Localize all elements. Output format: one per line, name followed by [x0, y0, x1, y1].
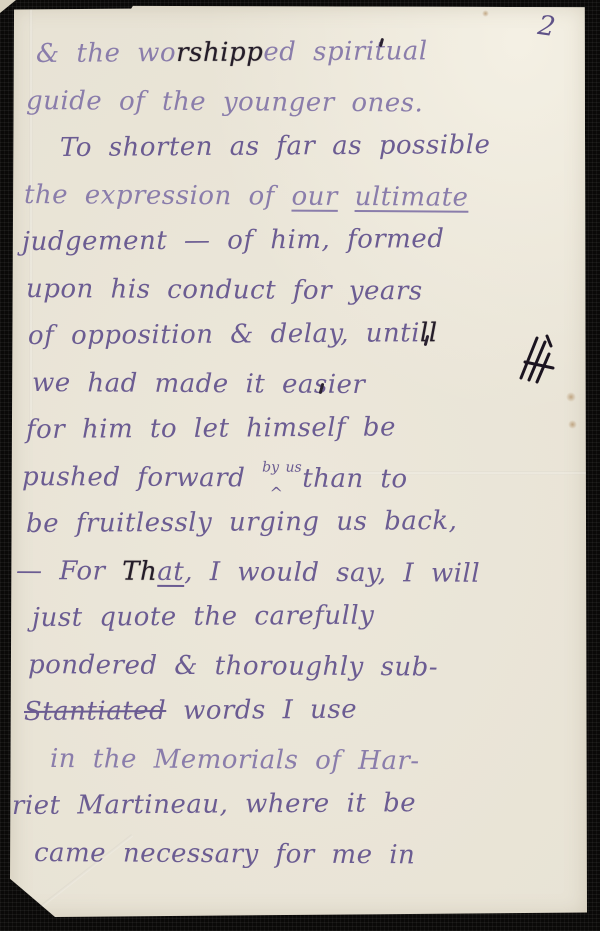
handwriting-line: just quote the carefully [32, 591, 587, 642]
handwriting-text: & the wo [36, 38, 176, 69]
foxing-spot [568, 420, 577, 429]
manuscript-paper: 2 & the worshipped spiritualguide of the… [10, 5, 587, 917]
handwriting-text: upon his conduct for years [26, 274, 423, 306]
handwriting-text: Th [122, 557, 157, 587]
handwriting-text: — For [16, 556, 122, 587]
handwriting-text: our [291, 182, 338, 212]
handwriting-text: rshipp [176, 37, 263, 68]
handwriting-line: judgement — of him, formed [22, 215, 587, 266]
foxing-spot [566, 392, 576, 402]
handwriting-text: in the Memorials of Har- [50, 744, 420, 776]
handwriting-line: riet Martineau, where it be [12, 779, 587, 830]
handwriting-line: To shorten as far as possible [60, 121, 587, 172]
handwriting-text: ultimate [355, 182, 469, 213]
handwriting-text: guide of the younger ones. [26, 86, 424, 118]
handwriting-text: judgement — of him, formed [22, 224, 445, 257]
handwriting-text [338, 182, 355, 212]
handwriting-text: pushed forward [22, 462, 262, 493]
handwriting-text: pondered & thoroughly sub- [28, 650, 438, 683]
handwriting-text: riet Martineau, where it be [12, 788, 416, 821]
handwriting-text: of opposition & delay, unti [28, 318, 420, 351]
handwriting-line: for him to let himself be [26, 403, 587, 454]
handwriting-text: for him to let himself be [26, 412, 396, 445]
ink-blot [515, 328, 567, 390]
foxing-spot [482, 10, 489, 17]
handwriting-text: at [157, 557, 184, 587]
handwriting-text: ed spiritual [263, 36, 428, 67]
handwriting-line: & the worshipped spiritual [36, 27, 587, 78]
handwriting-text: be fruitlessly urging us back, [26, 506, 458, 539]
handwriting-text: the expression of [24, 180, 292, 212]
handwriting-text: Stantiated [24, 696, 166, 727]
handwriting-text: than to [285, 464, 407, 495]
photo-background: 2 & the worshipped spiritualguide of the… [0, 0, 600, 931]
handwriting-line: guide of the younger ones. [26, 78, 587, 128]
handwriting-line: came necessary for me in [34, 830, 587, 880]
handwriting-text: words I use [166, 695, 357, 726]
handwriting-text: To shorten as far as possible [60, 130, 491, 163]
handwriting-line: of opposition & delay, untill [28, 309, 587, 360]
handwriting-line: Stantiated words I use [24, 685, 587, 736]
handwriting-lines: & the worshipped spiritualguide of the y… [10, 31, 587, 877]
handwriting-text: just quote the carefully [32, 601, 375, 633]
handwriting-text: ll [420, 318, 438, 348]
handwriting-text: we had made it easier [32, 368, 366, 400]
handwriting-line: be fruitlessly urging us back, [26, 497, 587, 548]
handwriting-text: came necessary for me in [34, 838, 416, 870]
paper-edge-sliver [0, 0, 16, 13]
handwriting-text: , I would say, I will [184, 557, 480, 589]
